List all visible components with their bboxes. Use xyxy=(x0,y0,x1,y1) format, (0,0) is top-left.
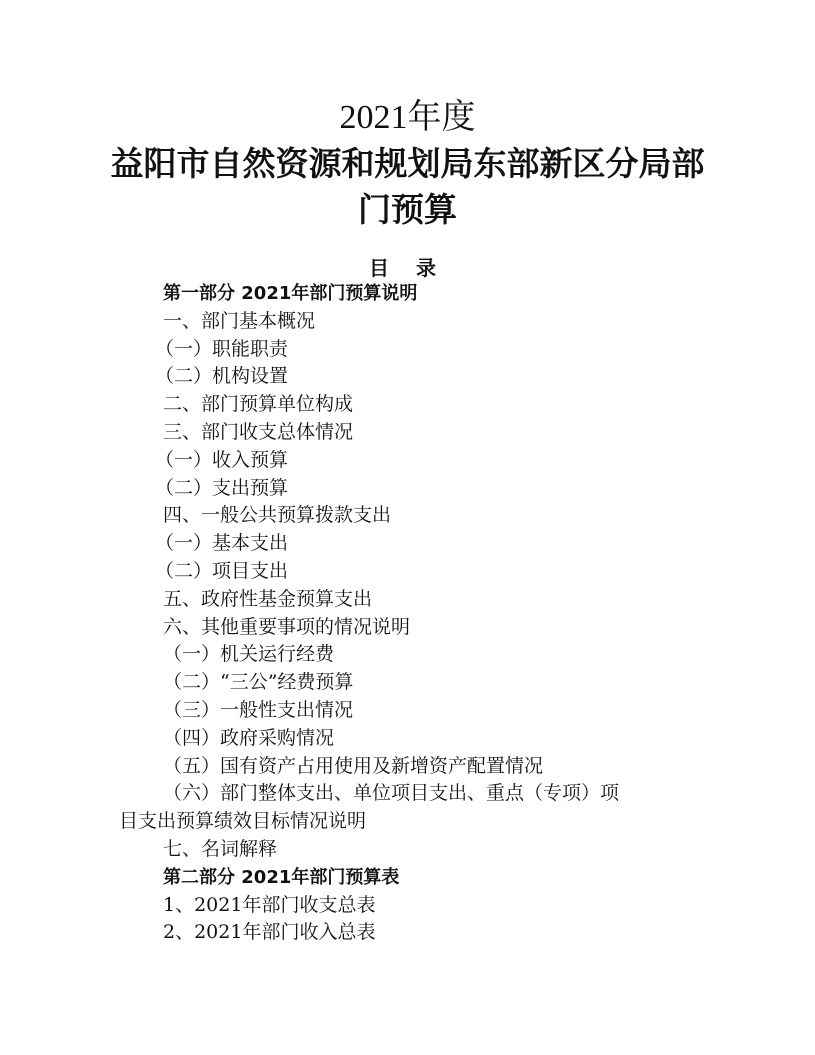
toc-item: 一、部门基本概况 xyxy=(0,308,815,336)
toc-item: （一）基本支出 xyxy=(0,530,815,558)
toc-item: 1、2021年部门收支总表 xyxy=(0,892,815,920)
toc-item: （一）收入预算 xyxy=(0,447,815,475)
toc-item: 七、名词解释 xyxy=(0,836,815,864)
toc-item: （六）部门整体支出、单位项目支出、重点（专项）项 xyxy=(0,780,815,808)
toc-item: （二）支出预算 xyxy=(0,475,815,503)
toc-item: （五）国有资产占用使用及新增资产配置情况 xyxy=(0,753,815,781)
toc-item: 六、其他重要事项的情况说明 xyxy=(0,614,815,642)
toc-item: （二）“三公”经费预算 xyxy=(0,669,815,697)
toc-part-1: 第一部分 2021年部门预算说明 xyxy=(0,280,815,308)
table-of-contents: 第一部分 2021年部门预算说明 一、部门基本概况 （一）职能职责 （二）机构设… xyxy=(0,280,815,947)
toc-item: 四、一般公共预算拨款支出 xyxy=(0,502,815,530)
toc-item: （四）政府采购情况 xyxy=(0,725,815,753)
toc-heading: 目 录 xyxy=(0,252,815,281)
toc-item: 五、政府性基金预算支出 xyxy=(0,586,815,614)
toc-item: （二）项目支出 xyxy=(0,558,815,586)
toc-item: （一）机关运行经费 xyxy=(0,641,815,669)
toc-item: （二）机构设置 xyxy=(0,363,815,391)
title-organization: 益阳市自然资源和规划局东部新区分局部 xyxy=(0,142,815,186)
toc-item: 二、部门预算单位构成 xyxy=(0,391,815,419)
document-title: 2021年度 益阳市自然资源和规划局东部新区分局部 门预算 xyxy=(0,96,815,232)
toc-item: 2、2021年部门收入总表 xyxy=(0,919,815,947)
title-year: 2021年度 xyxy=(0,96,815,140)
toc-part-2: 第二部分 2021年部门预算表 xyxy=(0,864,815,892)
title-budget: 门预算 xyxy=(0,188,815,232)
toc-item-continuation: 目支出预算绩效目标情况说明 xyxy=(0,808,815,836)
toc-item: （一）职能职责 xyxy=(0,336,815,364)
toc-item: 三、部门收支总体情况 xyxy=(0,419,815,447)
toc-item: （三）一般性支出情况 xyxy=(0,697,815,725)
